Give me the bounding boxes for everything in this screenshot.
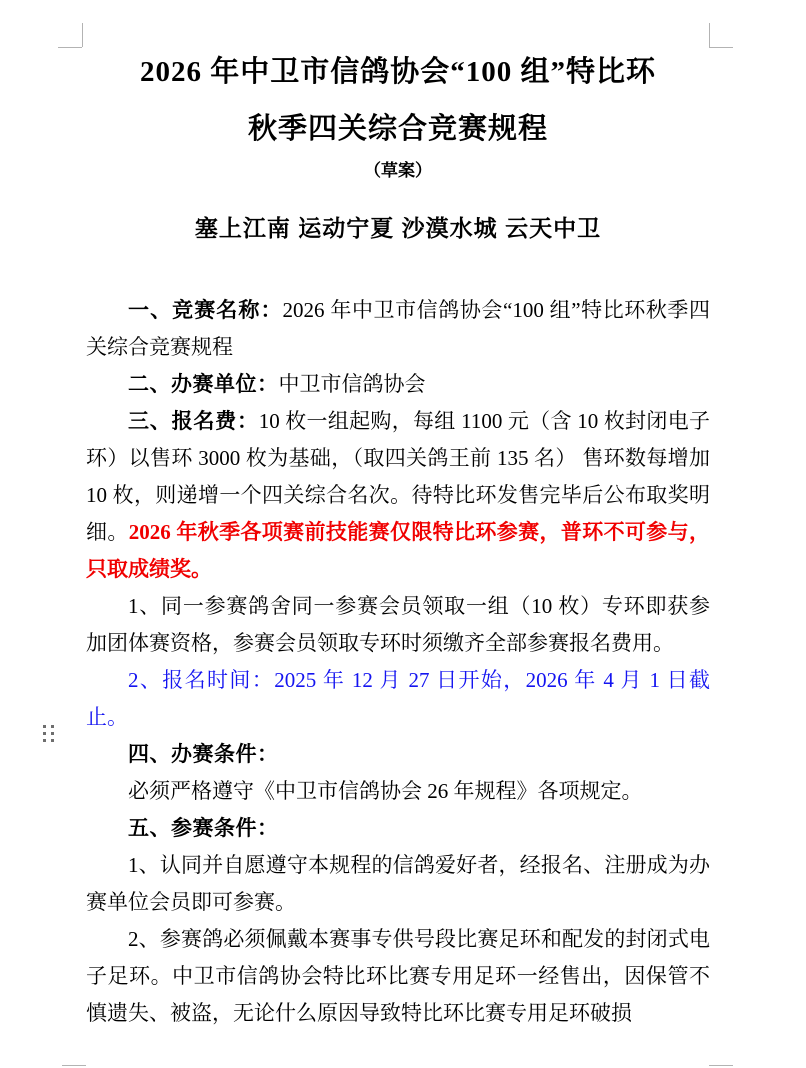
body-text: 1、认同并自愿遵守本规程的信鸽爱好者，经报名、注册成为办赛单位会员即可参赛。 (86, 853, 710, 914)
motto-line: 塞上江南 运动宁夏 沙漠水城 云天中卫 (86, 210, 710, 246)
paragraph: 四、办赛条件： (86, 736, 710, 773)
document-content: 2026 年中卫市信鸽协会“100 组”特比环 秋季四关综合竞赛规程 （草案） … (86, 44, 710, 1032)
section-label: 三、报名费： (128, 410, 259, 433)
draft-label: （草案） (86, 158, 710, 184)
paragraph: 1、同一参赛鸽舍同一参赛会员领取一组（10 枚）专环即获参加团体赛资格，参赛会员… (86, 588, 710, 662)
section-label: 二、办赛单位： (128, 373, 279, 396)
paragraph: 1、认同并自愿遵守本规程的信鸽爱好者，经报名、注册成为办赛单位会员即可参赛。 (86, 847, 710, 921)
paragraph: 一、竞赛名称：2026 年中卫市信鸽协会“100 组”特比环秋季四关综合竞赛规程 (86, 292, 710, 366)
drag-handle-dots-icon[interactable] (43, 725, 54, 742)
document-body: 一、竞赛名称：2026 年中卫市信鸽协会“100 组”特比环秋季四关综合竞赛规程… (86, 292, 710, 1032)
document-page: 2026 年中卫市信鸽协会“100 组”特比环 秋季四关综合竞赛规程 （草案） … (0, 0, 806, 1068)
paragraph: 二、办赛单位：中卫市信鸽协会 (86, 366, 710, 403)
crop-mark-top-left-icon (82, 23, 83, 47)
paragraph: 五、参赛条件： (86, 810, 710, 847)
section-label: 五、参赛条件： (128, 817, 279, 840)
paragraph: 2、报名时间：2025 年 12 月 27 日开始，2026 年 4 月 1 日… (86, 662, 710, 736)
crop-mark-top-right-icon (709, 47, 733, 48)
highlight-red-text: 2026 年秋季各项赛前技能赛仅限特比环参赛，普环不可参与，只取成绩奖。 (86, 520, 710, 581)
highlight-blue-text: 2、报名时间：2025 年 12 月 27 日开始，2026 年 4 月 1 日… (86, 668, 710, 729)
paragraph: 三、报名费：10 枚一组起购，每组 1100 元（含 10 枚封闭电子环）以售环… (86, 403, 710, 588)
section-label: 四、办赛条件： (128, 743, 279, 766)
crop-mark-top-left-icon (58, 47, 82, 48)
crop-mark-bottom-left-icon (62, 1065, 86, 1066)
document-title-line2: 秋季四关综合竞赛规程 (86, 101, 710, 158)
body-text: 中卫市信鸽协会 (279, 372, 426, 396)
section-label: 一、竞赛名称： (128, 299, 283, 322)
document-title-line1: 2026 年中卫市信鸽协会“100 组”特比环 (86, 44, 710, 101)
body-text: 必须严格遵守《中卫市信鸽协会 26 年规程》各项规定。 (128, 779, 643, 803)
body-text: 2、参赛鸽必须佩戴本赛事专供号段比赛足环和配发的封闭式电子足环。中卫市信鸽协会特… (86, 927, 710, 1025)
paragraph: 必须严格遵守《中卫市信鸽协会 26 年规程》各项规定。 (86, 773, 710, 810)
crop-mark-bottom-right-icon (709, 1065, 733, 1066)
body-text: 1、同一参赛鸽舍同一参赛会员领取一组（10 枚）专环即获参加团体赛资格，参赛会员… (86, 594, 710, 655)
paragraph: 2、参赛鸽必须佩戴本赛事专供号段比赛足环和配发的封闭式电子足环。中卫市信鸽协会特… (86, 921, 710, 1032)
